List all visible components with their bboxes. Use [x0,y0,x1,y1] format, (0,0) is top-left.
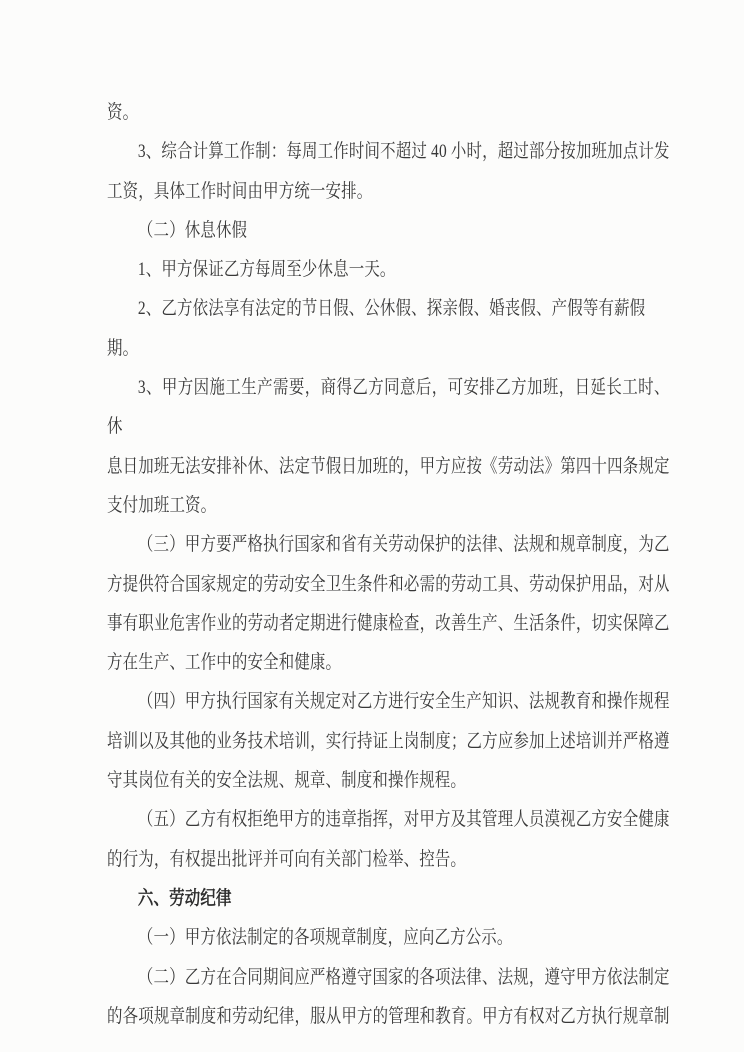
document-body: 资。3、综合计算工作制：每周工作时间不超过 40 小时，超过部分按加班加点计发工… [107,93,670,1036]
text-line: 息日加班无法安排补休、法定节假日加班的，甲方应按《劳动法》第四十四条规定 [107,447,670,486]
text-line: 资。 [107,93,670,132]
document-page: 资。3、综合计算工作制：每周工作时间不超过 40 小时，超过部分按加班加点计发工… [0,0,744,1052]
section-heading: 六、劳动纪律 [107,879,670,918]
text-line: 支付加班工资。 [107,486,670,525]
text-line: 2、乙方依法享有法定的节日假、公休假、探亲假、婚丧假、产假等有薪假期。 [107,289,670,368]
text-line: 培训以及其他的业务技术培训，实行持证上岗制度；乙方应参加上述培训并严格遵 [107,722,670,761]
text-line: 3、甲方因施工生产需要，商得乙方同意后，可安排乙方加班，日延长工时、休 [107,368,670,447]
text-line: （五）乙方有权拒绝甲方的违章指挥，对甲方及其管理人员漠视乙方安全健康 [107,800,670,839]
text-line: 工资，具体工作时间由甲方统一安排。 [107,172,670,211]
text-line: （二）乙方在合同期间应严格遵守国家的各项法律、法规，遵守甲方依法制定 [107,958,670,997]
text-line: （一）甲方依法制定的各项规章制度，应向乙方公示。 [107,918,670,957]
text-line: 守其岗位有关的安全法规、规章、制度和操作规程。 [107,761,670,800]
text-line: （三）甲方要严格执行国家和省有关劳动保护的法律、法规和规章制度，为乙 [107,525,670,564]
text-line: 的行为，有权提出批评并可向有关部门检举、控告。 [107,840,670,879]
text-line: （四）甲方执行国家有关规定对乙方进行安全生产知识、法规教育和操作规程 [107,682,670,721]
text-line: 方提供符合国家规定的劳动安全卫生条件和必需的劳动工具、劳动保护用品，对从 [107,565,670,604]
text-line: （二）休息休假 [107,211,670,250]
text-line: 3、综合计算工作制：每周工作时间不超过 40 小时，超过部分按加班加点计发 [107,132,670,171]
text-line: 的各项规章制度和劳动纪律，服从甲方的管理和教育。甲方有权对乙方执行规章制 [107,997,670,1036]
text-line: 事有职业危害作业的劳动者定期进行健康检查，改善生产、生活条件，切实保障乙 [107,604,670,643]
text-line: 1、甲方保证乙方每周至少休息一天。 [107,250,670,289]
text-line: 方在生产、工作中的安全和健康。 [107,643,670,682]
